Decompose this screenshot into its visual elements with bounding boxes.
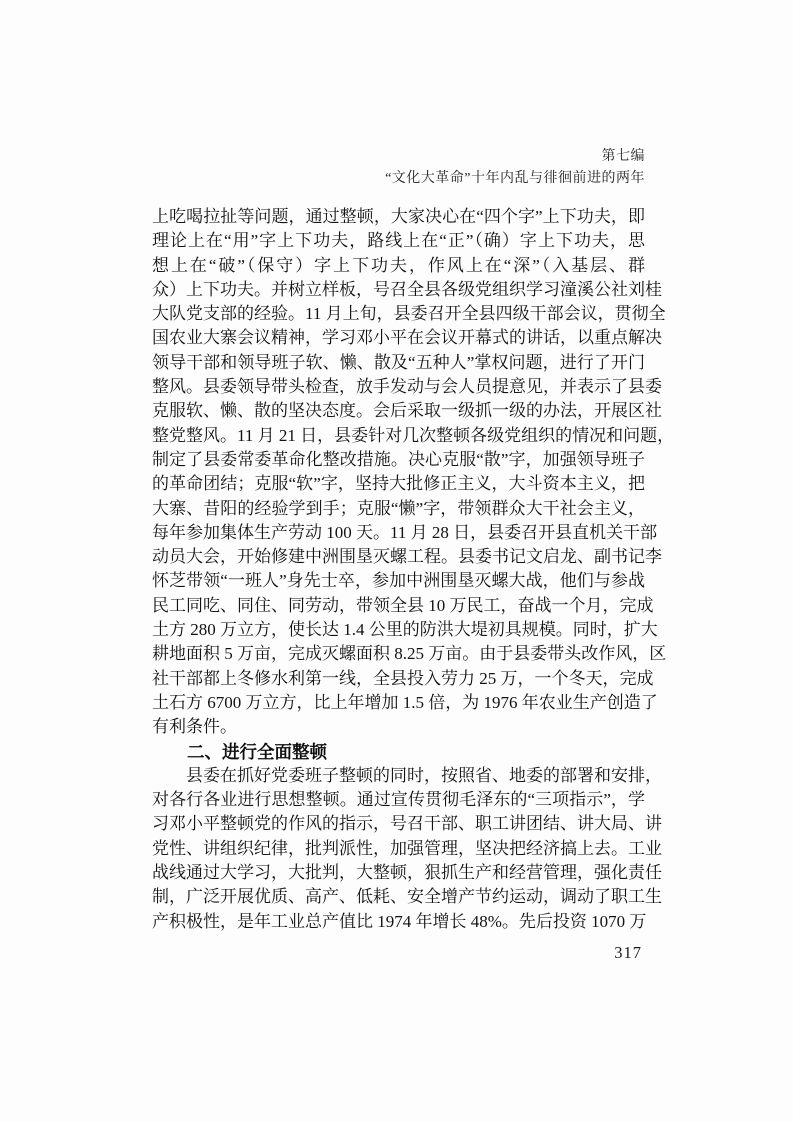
text-line: 有利条件。 — [152, 715, 645, 739]
text-line: 大寨、昔阳的经验学到手；克服“懒”字，带领群众大干社会主义， — [152, 497, 645, 521]
text-line: 战线通过大学习，大批判，大整顿，狠抓生产和经营管理，强化责任 — [152, 861, 645, 885]
book-page: 第七编 “文化大革命”十年内乱与徘徊前进的两年 上吃喝拉扯等问题，通过整顿，大家… — [0, 0, 793, 1122]
chapter-title: “文化大革命”十年内乱与徘徊前进的两年 — [385, 168, 645, 190]
text-line: 众）上下功夫。并树立样板，号召全县各级党组织学习潼溪公社刘桂 — [152, 278, 645, 302]
text-line: 土石方 6700 万立方，比上年增加 1.5 倍，为 1976 年农业生产创造了 — [152, 691, 645, 715]
page-number: 317 — [614, 943, 642, 963]
edition-label: 第七编 — [385, 146, 645, 168]
text-line: 对各行各业进行思想整顿。通过宣传贯彻毛泽东的“三项指示”，学 — [152, 788, 645, 812]
text-line: 的革命团结；克服“软”字，坚持大批修正主义，大斗资本主义，把 — [152, 472, 645, 496]
text-line: 社干部都上冬修水利第一线，全县投入劳力 25 万，一个冬天，完成 — [152, 667, 645, 691]
section-heading: 二、进行全面整顿 — [152, 740, 645, 764]
text-line: 制定了县委常委革命化整改措施。决心克服“散”字，加强领导班子 — [152, 448, 645, 472]
text-line: 每年参加集体生产劳动 100 天。11 月 28 日，县委召开县直机关干部 — [152, 521, 645, 545]
text-line: 制，广泛开展优质、高产、低耗、安全增产节约运动，调动了职工生 — [152, 885, 645, 909]
text-line: 党性、讲组织纪律，批判派性，加强管理，坚决把经济搞上去。工业 — [152, 837, 645, 861]
text-line: 整风。县委领导带头检查，放手发动与会人员提意见，并表示了县委 — [152, 375, 645, 399]
text-line: 土方 280 万立方，使长达 1.4 公里的防洪大堤初具规模。同时，扩大 — [152, 618, 645, 642]
text-line: 克服软、懒、散的坚决态度。会后采取一级抓一级的办法，开展区社 — [152, 399, 645, 423]
text-line: 产积极性，是年工业总产值比 1974 年增长 48%。先后投资 1070 万 — [152, 910, 645, 934]
running-head: 第七编 “文化大革命”十年内乱与徘徊前进的两年 — [385, 146, 645, 190]
text-line: 怀芝带领“一班人”身先士卒，参加中洲围垦灭螺大战，他们与参战 — [152, 569, 645, 593]
text-line: 大队党支部的经验。11 月上旬，县委召开全县四级干部会议，贯彻全 — [152, 302, 645, 326]
text-line: 县委在抓好党委班子整顿的同时，按照省、地委的部署和安排， — [152, 764, 645, 788]
text-line: 动员大会，开始修建中洲围垦灭螺工程。县委书记文启龙、副书记李 — [152, 545, 645, 569]
body-text: 上吃喝拉扯等问题，通过整顿，大家决心在“四个字”上下功夫，即理论上在“用”字上下… — [152, 205, 645, 934]
text-line: 耕地面积 5 万亩，完成灭螺面积 8.25 万亩。由于县委带头改作风，区 — [152, 642, 645, 666]
text-line: 上吃喝拉扯等问题，通过整顿，大家决心在“四个字”上下功夫，即 — [152, 205, 645, 229]
text-line: 民工同吃、同住、同劳动，带领全县 10 万民工，奋战一个月，完成 — [152, 594, 645, 618]
text-line: 整党整风。11 月 21 日，县委针对几次整顿各级党组织的情况和问题， — [152, 424, 645, 448]
text-line: 理论上在“用”字上下功夫，路线上在“正”（确）字上下功夫，思 — [152, 229, 645, 253]
text-line: 国农业大寨会议精神，学习邓小平在会议开幕式的讲话，以重点解决 — [152, 326, 645, 350]
text-line: 习邓小平整顿党的作风的指示，号召干部、职工讲团结、讲大局、讲 — [152, 812, 645, 836]
text-line: 领导干部和领导班子软、懒、散及“五种人”掌权问题，进行了开门 — [152, 351, 645, 375]
text-line: 想上在“破”（保守）字上下功夫，作风上在“深”（入基层、群 — [152, 254, 645, 278]
